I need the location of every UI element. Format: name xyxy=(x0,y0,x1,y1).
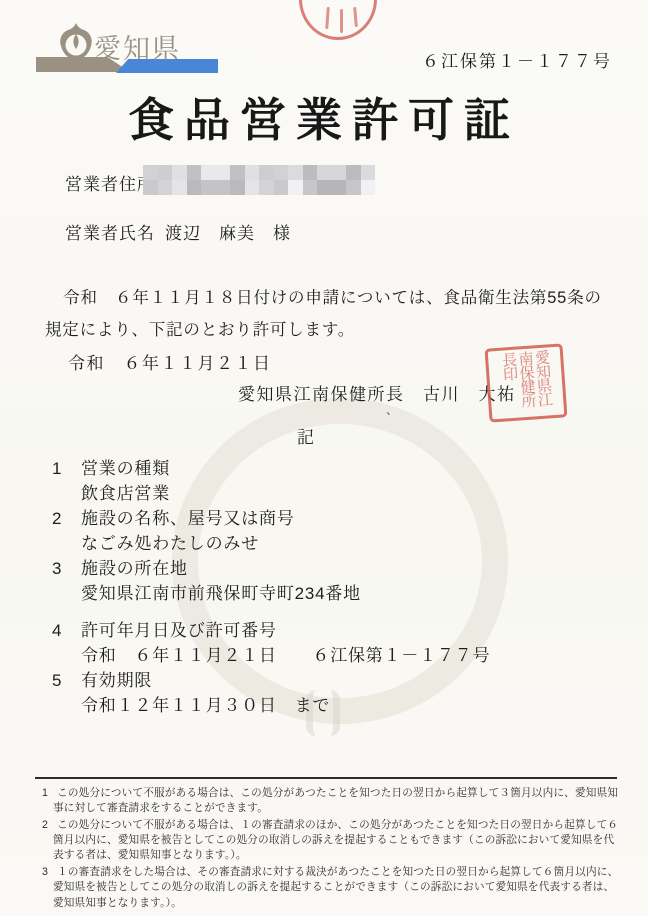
footer-divider xyxy=(35,777,617,779)
item-label: 許可年月日及び許可番号 xyxy=(81,618,277,643)
list-item: 2施設の名称、屋号又は商号 なごみ処わたしのみせ xyxy=(48,506,608,556)
redaction-pixel xyxy=(245,165,260,180)
redaction-pixel xyxy=(361,165,376,180)
item-number: 3 xyxy=(48,556,81,581)
redaction-pixel xyxy=(216,165,231,180)
issue-date: 令和 ６年１１月２１日 xyxy=(68,349,272,374)
redaction-pixel xyxy=(187,180,202,195)
note-text: １の審査請求をした場合は、その審査請求に対する裁決があつたことを知つた日の翌日か… xyxy=(53,866,618,909)
list-item: 4許可年月日及び許可番号 令和 ６年１１月２１日 ６江保第１－１７７号 xyxy=(48,618,608,668)
redaction-pixel xyxy=(346,180,361,195)
list-item: 5有効期限 令和１２年１１月３０日 まで xyxy=(48,668,608,718)
item-number: 4 xyxy=(48,618,81,643)
appeal-note: 1この処分について不服がある場合は、この処分があつたことを知つた日の翌日から起算… xyxy=(42,786,620,817)
appeal-note: 3１の審査請求をした場合は、その審査請求に対する裁決があつたことを知つた日の翌日… xyxy=(42,865,620,911)
aichi-emblem-icon xyxy=(58,22,94,67)
operator-name-row: 営業者氏名渡辺 麻美 様 xyxy=(65,219,291,244)
operator-address-label: 営業者住所 xyxy=(65,170,155,195)
document-number: ６江保第１－１７７号 xyxy=(422,47,612,72)
official-square-seal: 愛知県江南保健所長印 xyxy=(485,343,568,422)
redaction-pixel xyxy=(143,165,158,180)
redaction-pixel xyxy=(361,180,376,195)
appeal-note: 2この処分について不服がある場合は、１の審査請求のほか、この処分があつたことを知… xyxy=(42,818,620,864)
redaction-pixel xyxy=(172,180,187,195)
seal-text: 愛知県江南保健所長印 xyxy=(499,349,553,416)
redaction-pixel xyxy=(158,180,173,195)
stamp-mark xyxy=(340,9,343,33)
redaction-pixel xyxy=(201,180,216,195)
item-label: 施設の名称、屋号又は商号 xyxy=(81,506,295,531)
redaction-pixel xyxy=(187,165,202,180)
list-item: 1営業の種類 飲食店営業 xyxy=(48,456,608,506)
item-value: 令和１２年１１月３０日 まで xyxy=(48,693,608,718)
permit-items-list: 1営業の種類 飲食店営業 2施設の名称、屋号又は商号 なごみ処わたしのみせ 3施… xyxy=(48,456,608,718)
item-number: 2 xyxy=(48,506,81,531)
item-label: 有効期限 xyxy=(81,668,152,693)
item-value: 飲食店営業 xyxy=(48,481,608,506)
grant-paragraph: 令和 ６年１１月１８日付けの申請については、食品衛生法第55条の規定により、下記… xyxy=(45,282,619,346)
item-label: 営業の種類 xyxy=(81,456,170,481)
redaction-pixel xyxy=(288,180,303,195)
redaction-pixel xyxy=(274,180,289,195)
note-number: 2 xyxy=(42,819,48,831)
redaction-pixel xyxy=(216,180,231,195)
operator-name-value: 渡辺 麻美 様 xyxy=(165,224,291,243)
redaction-pixel xyxy=(332,165,347,180)
redaction-pixel xyxy=(230,165,245,180)
scan-artifact-mark: 、 xyxy=(386,401,398,418)
redaction-pixel xyxy=(346,165,361,180)
item-number: 5 xyxy=(48,668,81,693)
issuer-name: 愛知県江南保健所長 古川 大祐 xyxy=(238,380,516,405)
record-marker: 記 xyxy=(0,423,612,448)
operator-address-redacted xyxy=(143,165,375,195)
item-value: 令和 ６年１１月２１日 ６江保第１－１７７号 xyxy=(48,643,608,668)
page-title: 食品営業許可証 xyxy=(0,84,648,150)
note-number: 3 xyxy=(42,866,48,878)
stamp-mark xyxy=(325,7,330,29)
appeal-notes: 1この処分について不服がある場合は、この処分があつたことを知つた日の翌日から起算… xyxy=(42,786,620,912)
redaction-pixel xyxy=(303,180,318,195)
redaction-pixel xyxy=(317,165,332,180)
redaction-pixel xyxy=(303,165,318,180)
list-item: 3施設の所在地 愛知県江南市前飛保町寺町234番地 xyxy=(48,556,608,606)
redaction-pixel xyxy=(230,180,245,195)
redaction-pixel xyxy=(288,165,303,180)
operator-name-label: 営業者氏名 xyxy=(65,224,155,243)
item-number: 1 xyxy=(48,456,81,481)
redaction-pixel xyxy=(143,180,158,195)
redaction-pixel xyxy=(274,165,289,180)
redaction-pixel xyxy=(158,165,173,180)
redaction-pixel xyxy=(317,180,332,195)
redaction-pixel xyxy=(259,165,274,180)
note-text: この処分について不服がある場合は、１の審査請求のほか、この処分があつたことを知つ… xyxy=(53,819,618,862)
note-text: この処分について不服がある場合は、この処分があつたことを知つた日の翌日から起算し… xyxy=(53,787,618,814)
redaction-pixel xyxy=(259,180,274,195)
prefecture-name: 愛知県 xyxy=(94,27,181,66)
partial-round-stamp xyxy=(299,0,377,40)
note-number: 1 xyxy=(42,787,48,799)
redaction-pixel xyxy=(245,180,260,195)
item-label: 施設の所在地 xyxy=(81,556,188,581)
redaction-pixel xyxy=(201,165,216,180)
permit-document: 愛知県 ６江保第１－１７７号 食品営業許可証 営業者住所 営業者氏名渡辺 麻美 … xyxy=(0,0,648,916)
item-value: 愛知県江南市前飛保町寺町234番地 xyxy=(48,581,608,606)
stamp-mark xyxy=(353,7,358,27)
item-value: なごみ処わたしのみせ xyxy=(48,531,608,556)
redaction-pixel xyxy=(332,180,347,195)
redaction-pixel xyxy=(172,165,187,180)
